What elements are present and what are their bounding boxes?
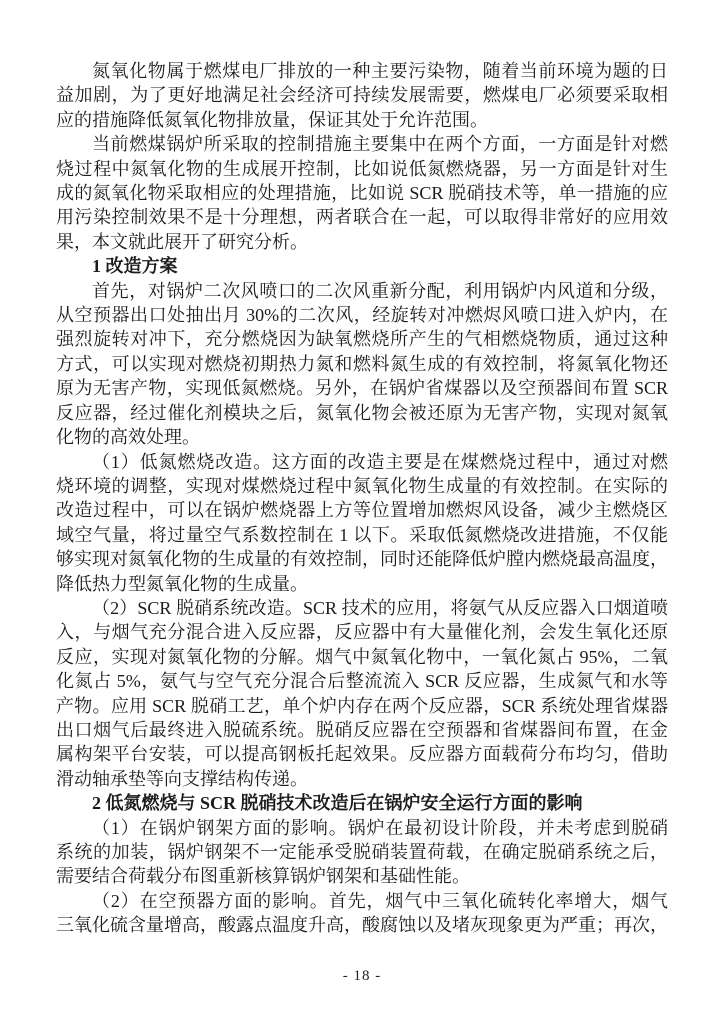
text-line: 成的氮氧化物采取相应的处理措施，比如说 SCR 脱硝技术等，单一措施的应 (56, 181, 668, 205)
text-line: 应的措施降低氮氧化物排放量，保证其处于允许范围。 (56, 108, 668, 132)
text-line: 烧环境的调整，实现对煤燃烧过程中氮氧化物生成量的有效控制。在实际的 (56, 474, 668, 498)
text-line: 2 低氮燃烧与 SCR 脱硝技术改造后在锅炉安全运行方面的影响 (56, 791, 668, 815)
text-line: 系统的加装，锅炉钢架不一定能承受脱硝装置荷载，在确定脱硝系统之后， (56, 840, 668, 864)
text-line: 益加剧，为了更好地满足社会经济可持续发展需要，燃煤电厂必须要采取相 (56, 83, 668, 107)
paragraph: （2）SCR 脱硝系统改造。SCR 技术的应用，将氨气从反应器入口烟道喷入，与烟… (56, 596, 668, 791)
text-line: （1）在锅炉钢架方面的影响。锅炉在最初设计阶段，并未考虑到脱硝 (56, 816, 668, 840)
text-line: 入，与烟气充分混合进入反应器，反应器中有大量催化剂，会发生氧化还原 (56, 620, 668, 644)
paragraph: （1）低氮燃烧改造。这方面的改造主要是在煤燃烧过程中，通过对燃烧环境的调整，实现… (56, 450, 668, 596)
text-line: 产物。应用 SCR 脱硝工艺，单个炉内存在两个反应器，SCR 系统处理省煤器 (56, 694, 668, 718)
text-line: 原为无害产物，实现低氮燃烧。另外，在锅炉省煤器以及空预器间布置 SCR (56, 376, 668, 400)
document-page: 氮氧化物属于燃煤电厂排放的一种主要污染物，随着当前环境为题的日益加剧，为了更好地… (0, 0, 724, 1024)
text-line: 改造过程中，可以在锅炉燃烧器上方等位置增加燃烬风设备，减少主燃烧区 (56, 498, 668, 522)
text-line: 从空预器出口处抽出月 30%的二次风，经旋转对冲燃烬风喷口进入炉内，在 (56, 303, 668, 327)
paragraph: 首先，对锅炉二次风喷口的二次风重新分配，利用锅炉内风道和分级，从空预器出口处抽出… (56, 279, 668, 450)
page-number: - 18 - (343, 968, 382, 984)
text-line: 三氧化硫含量增高，酸露点温度升高，酸腐蚀以及堵灰现象更为严重；再次， (56, 913, 668, 937)
paragraph: 氮氧化物属于燃煤电厂排放的一种主要污染物，随着当前环境为题的日益加剧，为了更好地… (56, 59, 668, 132)
text-line: 域空气量，将过量空气系数控制在 1 以下。采取低氮燃烧改进措施，不仅能 (56, 523, 668, 547)
text-line: 方式，可以实现对燃烧初期热力氮和燃料氮生成的有效控制，将氮氧化物还 (56, 352, 668, 376)
text-line: （2）在空预器方面的影响。首先，烟气中三氧化硫转化率增大，烟气 (56, 889, 668, 913)
paragraph: （1）在锅炉钢架方面的影响。锅炉在最初设计阶段，并未考虑到脱硝系统的加装，锅炉钢… (56, 816, 668, 889)
text-line: 果，本文就此展开了研究分析。 (56, 230, 668, 254)
text-line: 属构架平台安装，可以提高钢板托起效果。反应器方面载荷分布均匀，借助 (56, 742, 668, 766)
text-line: 反应，实现对氮氧化物的分解。烟气中氮氧化物中，一氧化氮占 95%，二氧 (56, 645, 668, 669)
text-line: 滑动轴承垫等向支撑结构传递。 (56, 767, 668, 791)
text-line: （2）SCR 脱硝系统改造。SCR 技术的应用，将氨气从反应器入口烟道喷 (56, 596, 668, 620)
text-line: 当前燃煤锅炉所采取的控制措施主要集中在两个方面，一方面是针对燃 (56, 132, 668, 156)
section-heading: 2 低氮燃烧与 SCR 脱硝技术改造后在锅炉安全运行方面的影响 (56, 791, 668, 815)
text-line: 烧过程中氮氧化物的生成展开控制，比如说低氮燃烧器，另一方面是针对生 (56, 157, 668, 181)
text-line: 够实现对氮氧化物的生成量的有效控制，同时还能降低炉膛内燃烧最高温度， (56, 547, 668, 571)
text-line: 降低热力型氮氧化物的生成量。 (56, 572, 668, 596)
text-line: 需要结合荷载分布图重新核算锅炉钢架和基础性能。 (56, 864, 668, 888)
text-line: 用污染控制效果不是十分理想，两者联合在一起，可以取得非常好的应用效 (56, 205, 668, 229)
page-footer: - 18 - (0, 968, 724, 985)
text-line: 反应器，经过催化剂模块之后，氮氧化物会被还原为无害产物，实现对氮氧 (56, 401, 668, 425)
text-line: 强烈旋转对冲下，充分燃烧因为缺氧燃烧所产生的气相燃烧物质，通过这种 (56, 327, 668, 351)
section-heading: 1 改造方案 (56, 254, 668, 278)
document-body: 氮氧化物属于燃煤电厂排放的一种主要污染物，随着当前环境为题的日益加剧，为了更好地… (56, 59, 668, 938)
text-line: 首先，对锅炉二次风喷口的二次风重新分配，利用锅炉内风道和分级， (56, 279, 668, 303)
text-line: 氮氧化物属于燃煤电厂排放的一种主要污染物，随着当前环境为题的日 (56, 59, 668, 83)
paragraph: 当前燃煤锅炉所采取的控制措施主要集中在两个方面，一方面是针对燃烧过程中氮氧化物的… (56, 132, 668, 254)
text-line: 1 改造方案 (56, 254, 668, 278)
text-line: 化氮占 5%，氨气与空气充分混合后整流流入 SCR 反应器，生成氮气和水等 (56, 669, 668, 693)
text-line: （1）低氮燃烧改造。这方面的改造主要是在煤燃烧过程中，通过对燃 (56, 450, 668, 474)
text-line: 化物的高效处理。 (56, 425, 668, 449)
paragraph: （2）在空预器方面的影响。首先，烟气中三氧化硫转化率增大，烟气三氧化硫含量增高，… (56, 889, 668, 938)
text-line: 出口烟气后最终进入脱硫系统。脱硝反应器在空预器和省煤器间布置，在金 (56, 718, 668, 742)
